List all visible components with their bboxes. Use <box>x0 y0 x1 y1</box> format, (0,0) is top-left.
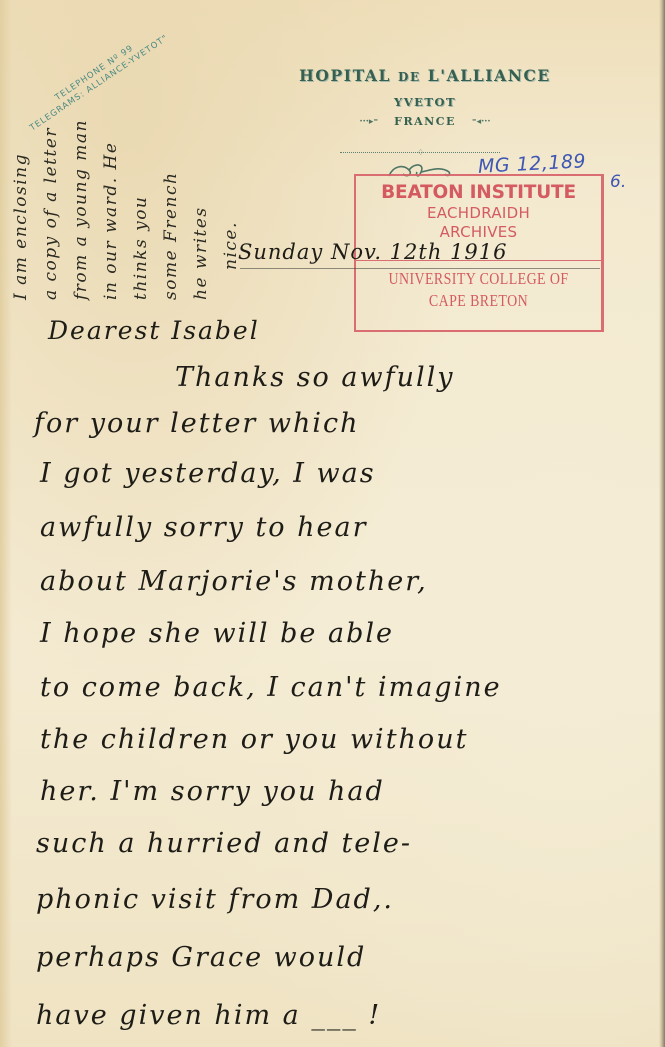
letterhead-city: YVETOT <box>230 95 620 109</box>
margin-note-line: I am enclosing <box>6 10 36 300</box>
stamp-university: UNIVERSITY COLLEGE OF CAPE BRETON <box>378 268 579 312</box>
stamp-eachdraidh: EACHDRAIDH <box>356 204 601 222</box>
margin-note-line: some French <box>156 10 186 300</box>
ornament-left-icon: ···▸⁼ <box>359 117 378 127</box>
accession-number-suffix: 6. <box>610 172 626 192</box>
letter-date: Sunday Nov. 12th 1916 <box>238 240 507 264</box>
stamp-university-line: UNIVERSITY COLLEGE OF <box>378 268 579 290</box>
letter-page: HOPITAL DE L'ALLIANCE YVETOT ···▸⁼ FRANC… <box>0 0 665 1047</box>
letter-body-line: about Marjorie's mother, <box>40 566 428 597</box>
letter-body-line: phonic visit from Dad,. <box>36 884 394 915</box>
letter-body-line: Thanks so awfully <box>175 362 455 393</box>
stamp-archives: ARCHIVES <box>356 223 601 241</box>
margin-note-line: in our ward. He <box>96 10 126 300</box>
letter-body-line: for your letter which <box>34 408 360 439</box>
stamp-university-line: CAPE BRETON <box>378 290 579 312</box>
margin-note-line: a copy of a letter <box>36 10 66 300</box>
letterhead-title: HOPITAL DE L'ALLIANCE <box>230 66 620 85</box>
letterhead: HOPITAL DE L'ALLIANCE YVETOT ···▸⁼ FRANC… <box>230 66 620 128</box>
letter-body-line: awfully sorry to hear <box>40 512 368 543</box>
letter-body-line: the children or you without <box>40 724 468 755</box>
divider-ornament-icon: ♢ <box>417 148 424 157</box>
letter-body-line: such a hurried and tele- <box>36 828 412 859</box>
letterhead-title-alliance: L'ALLIANCE <box>428 66 551 85</box>
letterhead-title-hopital: HOPITAL <box>299 66 391 85</box>
letterhead-country-row: ···▸⁼ FRANCE ⁼◂··· <box>230 115 620 128</box>
stamp-title: BEATON INSTITUTE <box>356 182 601 203</box>
letter-body-line: her. I'm sorry you had <box>40 776 385 807</box>
paper-edge-right <box>659 0 665 1047</box>
letter-body-line: I got yesterday, I was <box>40 458 376 489</box>
letterhead-country: FRANCE <box>394 115 456 128</box>
letter-body-line: to come back, I can't imagine <box>40 672 502 703</box>
margin-note-line: from a young man <box>66 10 96 300</box>
ornament-right-icon: ⁼◂··· <box>472 117 491 127</box>
margin-note-line: he writes <box>186 10 216 300</box>
letter-body-line: have given him a ___ ! <box>36 1000 381 1031</box>
margin-note: I am enclosing a copy of a letter from a… <box>6 10 246 300</box>
date-underline <box>240 268 600 269</box>
letterhead-title-de: DE <box>398 70 421 84</box>
margin-note-line: thinks you <box>126 10 156 300</box>
letter-body-line: perhaps Grace would <box>36 942 366 973</box>
letter-salutation: Dearest Isabel <box>48 316 260 345</box>
letter-body-line: I hope she will be able <box>40 618 394 649</box>
